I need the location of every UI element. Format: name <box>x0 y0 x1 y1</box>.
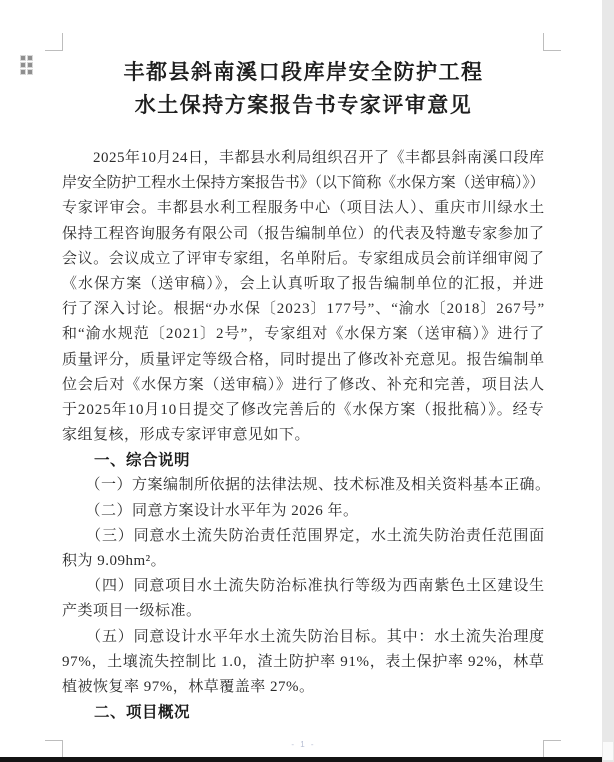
doc-line: 产类项目一级标准。 <box>62 599 545 624</box>
doc-line: 会议。会议成立了评审专家组，名单附后。专家组成员会前详细审阅了 <box>62 247 545 272</box>
doc-line: 2025年10月24日，丰都县水利局组织召开了《丰都县斜南溪口段库 <box>62 146 545 171</box>
doc-line: 家组复核，形成专家评审意见如下。 <box>62 423 545 448</box>
doc-line: 行了深入讨论。根据“办水保〔2023〕177号”、“渝水〔2018〕267号” <box>62 297 545 322</box>
doc-line: 和“渝水规范〔2021〕2号”，专家组对《水保方案（送审稿）》进行了 <box>62 322 545 347</box>
doc-line: 位会后对《水保方案（送审稿）》进行了修改、补充和完善，项目法人 <box>62 373 545 398</box>
doc-line: 专家评审会。丰都县水利工程服务中心（项目法人）、重庆市川绿水土 <box>62 196 545 221</box>
page-number: - 1 - <box>62 740 545 749</box>
margin-crop-mark-top-left <box>45 33 63 51</box>
scrollbar[interactable] <box>602 0 614 762</box>
doc-line: 质量评分，质量评定等级合格，同时提出了修改补充意见。报告编制单 <box>62 348 545 373</box>
doc-line: 《水保方案（送审稿）》，会上认真听取了报告编制单位的汇报，并进 <box>62 272 545 297</box>
drag-handle-icon[interactable] <box>21 56 33 75</box>
document-title-line1: 丰都县斜南溪口段库岸安全防护工程 <box>62 56 545 89</box>
window-edge-bar <box>0 757 602 762</box>
doc-line: 保持工程咨询服务有限公司（报告编制单位）的代表及特邀专家参加了 <box>62 222 545 247</box>
margin-crop-mark-bottom-left <box>45 740 63 758</box>
section-heading: 二、项目概况 <box>62 700 545 725</box>
document-title: 丰都县斜南溪口段库岸安全防护工程 水土保持方案报告书专家评审意见 <box>62 56 545 122</box>
doc-line: （四）同意项目水土流失防治标准执行等级为西南紫色土区建设生 <box>62 574 545 599</box>
doc-line: 积为 9.09hm²。 <box>62 549 545 574</box>
doc-line: （五）同意设计水平年水土流失防治目标。其中：水土流失治理度 <box>62 625 545 650</box>
doc-line: 97%，土壤流失控制比 1.0，渣土防护率 91%，表土保护率 92%，林草 <box>62 650 545 675</box>
doc-line: （一）方案编制所依据的法律法规、技术标准及相关资料基本正确。 <box>62 473 545 498</box>
document-page: 丰都县斜南溪口段库岸安全防护工程 水土保持方案报告书专家评审意见 2025年10… <box>0 0 602 762</box>
doc-line: 岸安全防护工程水土保持方案报告书》（以下简称《水保方案（送审稿）》） <box>62 171 545 196</box>
scrollbar-thumb[interactable] <box>603 742 613 760</box>
margin-crop-mark-bottom-right <box>543 740 561 758</box>
section-heading: 一、综合说明 <box>62 448 545 473</box>
document-body: 2025年10月24日，丰都县水利局组织召开了《丰都县斜南溪口段库 岸安全防护工… <box>62 146 545 725</box>
doc-line: 于2025年10月10日提交了修改完善后的《水保方案（报批稿）》。经专 <box>62 398 545 423</box>
doc-line: （二）同意方案设计水平年为 2026 年。 <box>62 499 545 524</box>
document-title-line2: 水土保持方案报告书专家评审意见 <box>62 89 545 122</box>
doc-line: 植被恢复率 97%，林草覆盖率 27%。 <box>62 675 545 700</box>
margin-crop-mark-top-right <box>543 33 561 51</box>
doc-line: （三）同意水土流失防治责任范围界定，水土流失防治责任范围面 <box>62 524 545 549</box>
